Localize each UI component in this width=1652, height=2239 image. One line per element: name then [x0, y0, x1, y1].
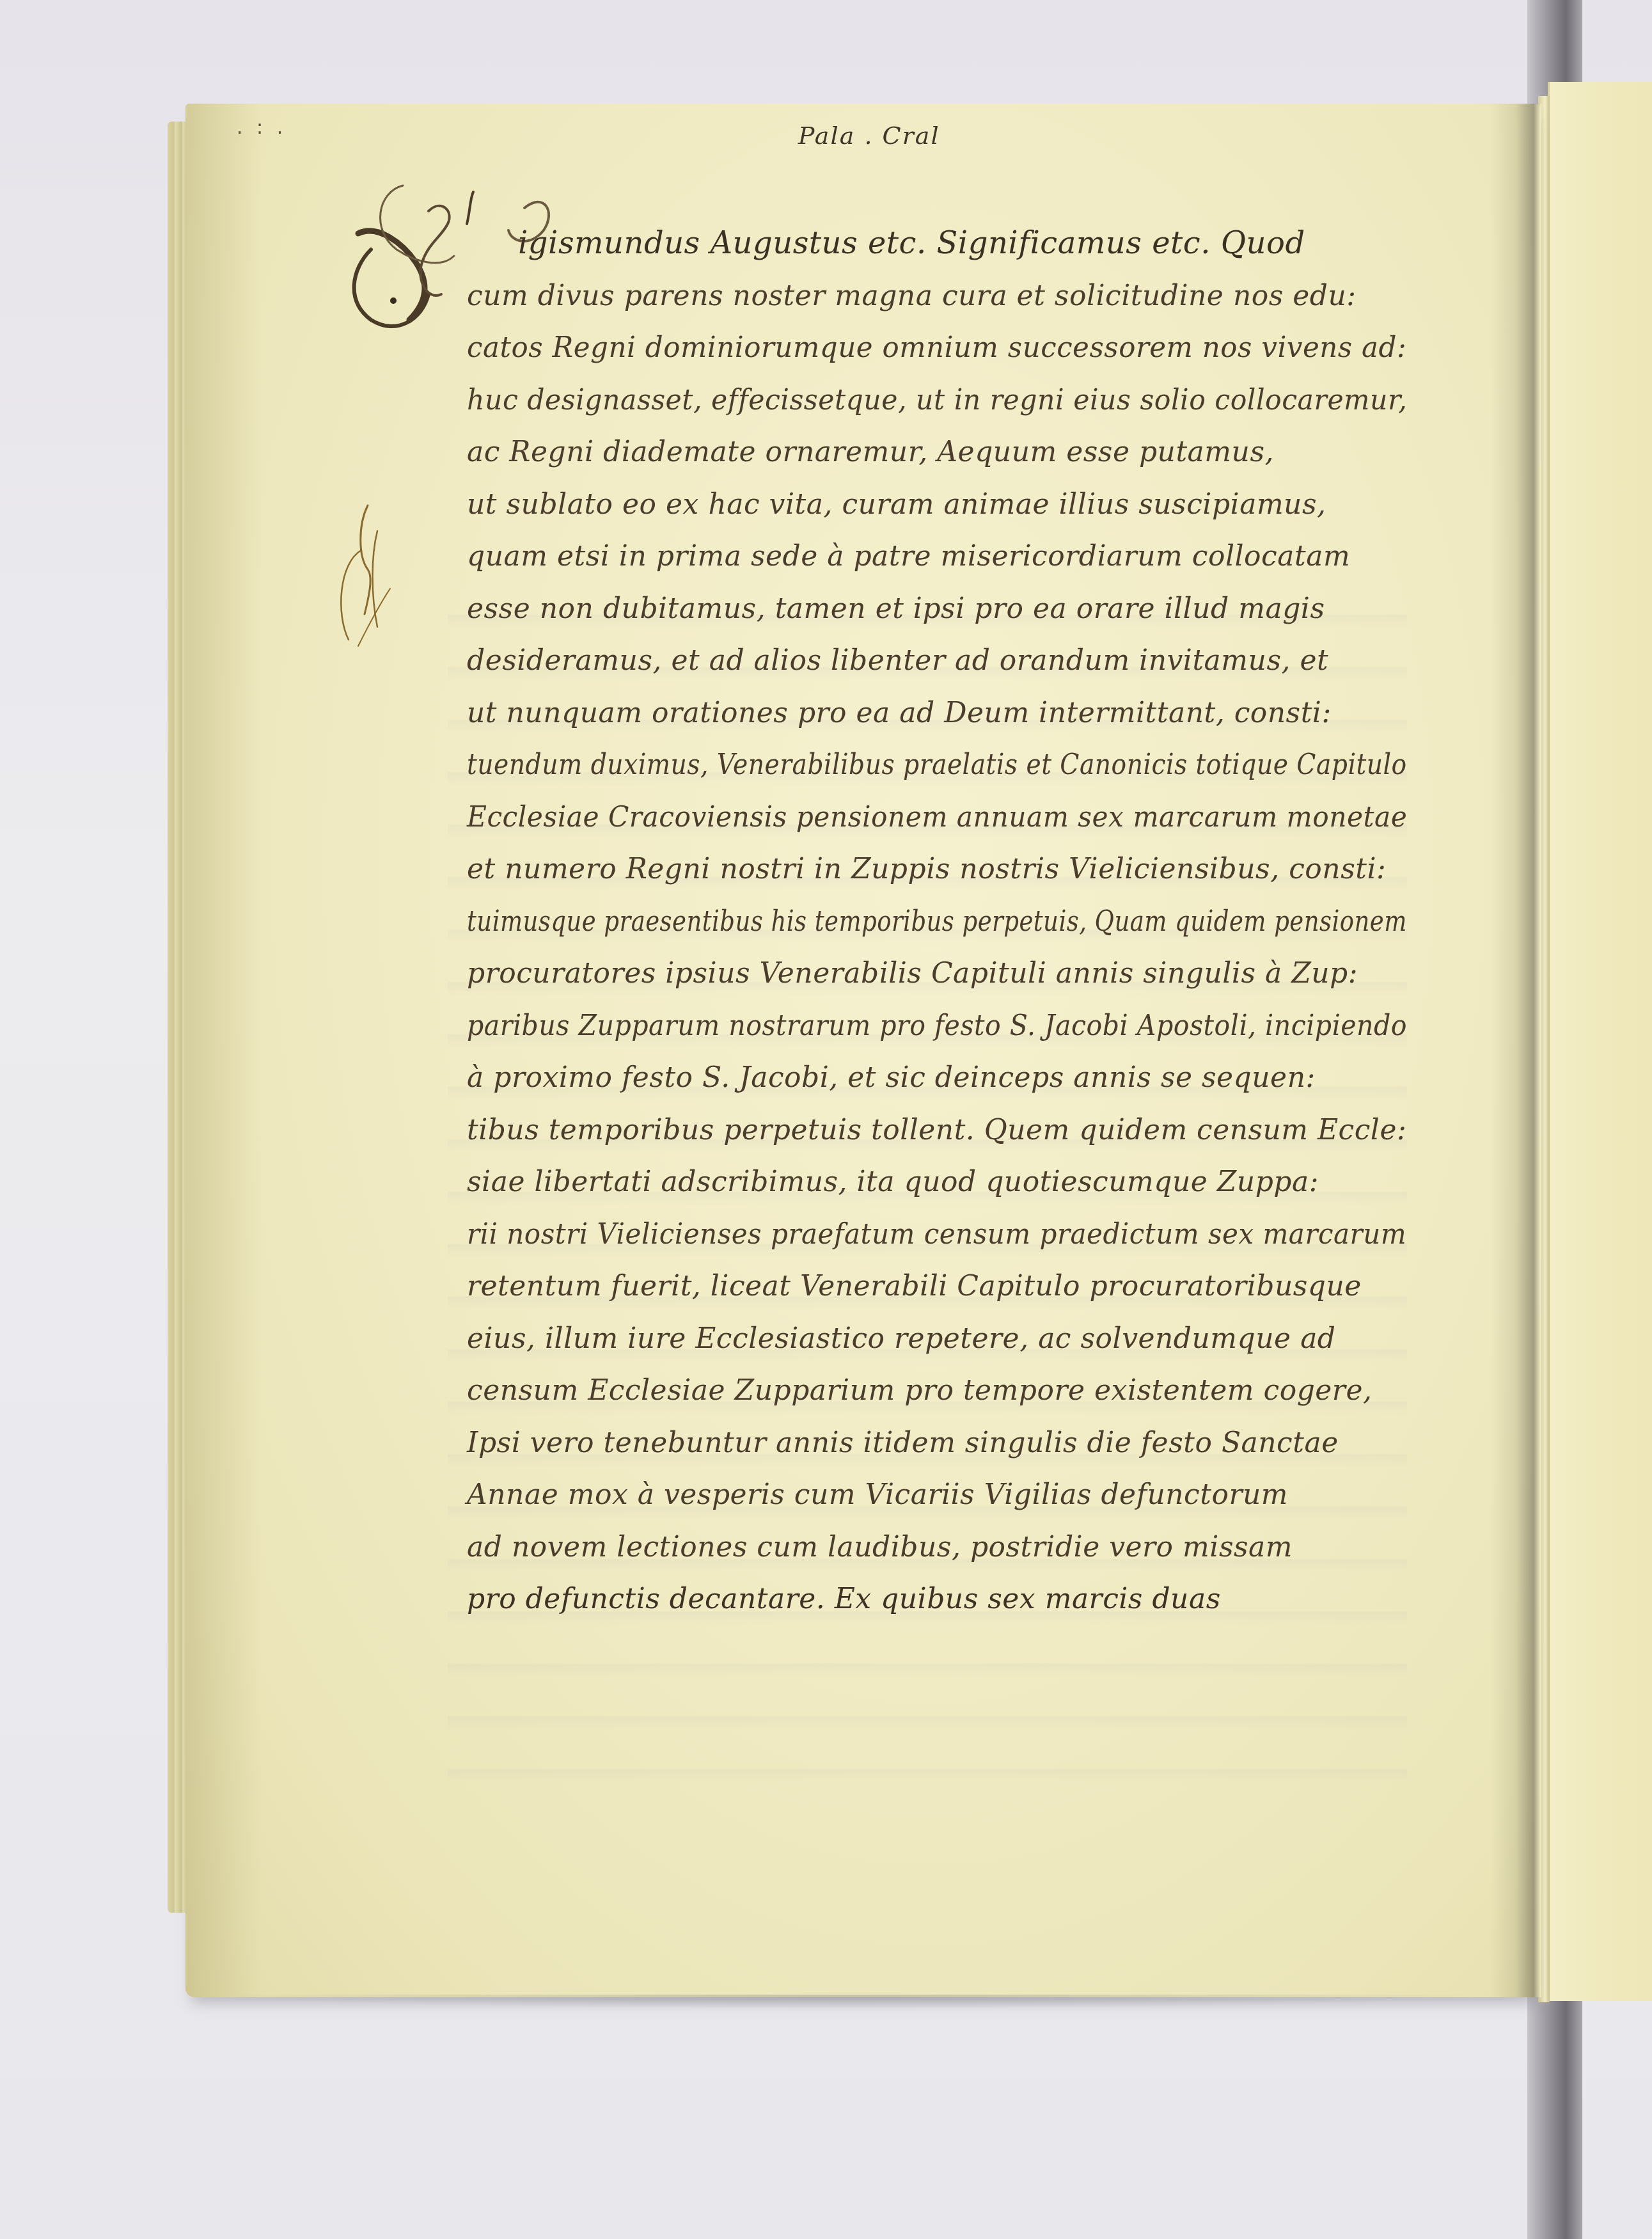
text-line: cum divus parens noster magna cura et so…	[467, 270, 1407, 322]
text-line: retentum fuerit, liceat Venerabili Capit…	[467, 1260, 1407, 1313]
manuscript-text: igismundus Augustus etc. Significamus et…	[467, 218, 1407, 1626]
text-line: Ecclesiae Cracoviensis pensionem annuam …	[467, 791, 1373, 844]
text-line: paribus Zupparum nostrarum pro festo S. …	[467, 1000, 1346, 1052]
text-line: tibus temporibus perpetuis tollent. Quem…	[467, 1104, 1406, 1157]
text-line: procuratores ipsius Venerabilis Capituli…	[467, 947, 1407, 1000]
text-line: huc designasset, effecissetque, ut in re…	[467, 374, 1378, 427]
text-line: siae libertati adscribimus, ita quod quo…	[467, 1156, 1407, 1208]
text-line: esse non dubitamus, tamen et ipsi pro ea…	[467, 583, 1407, 635]
margin-stain	[185, 104, 262, 1997]
text-line: ut sublato eo ex hac vita, curam animae …	[467, 479, 1407, 531]
text-line: ad novem lectiones cum laudibus, postrid…	[467, 1521, 1407, 1574]
text-line: censum Ecclesiae Zupparium pro tempore e…	[467, 1365, 1407, 1417]
gutter-fold	[1490, 104, 1541, 1997]
adjacent-page	[1548, 82, 1652, 2001]
text-line: à proximo festo S. Jacobi, et sic deince…	[467, 1052, 1407, 1104]
folio-title: Pala . Cral	[798, 122, 940, 150]
text-line: catos Regni dominiorumque omnium success…	[467, 322, 1399, 374]
text-line: pro defunctis decantare. Ex quibus sex m…	[467, 1573, 1407, 1626]
text-line: tuendum duximus, Venerabilibus praelatis…	[467, 739, 1307, 791]
text-line: desideramus, et ad alios libenter ad ora…	[467, 635, 1407, 687]
text-line: ut nunquam orationes pro ea ad Deum inte…	[467, 687, 1407, 740]
text-line: eius, illum iure Ecclesiastico repetere,…	[467, 1313, 1407, 1365]
text-line: quam etsi in prima sede à patre miserico…	[467, 530, 1407, 583]
ink-specks: . : .	[237, 115, 287, 141]
text-line: Annae mox à vesperis cum Vicariis Vigili…	[467, 1469, 1407, 1521]
text-line: tuimusque praesentibus his temporibus pe…	[467, 896, 1259, 948]
text-line: et numero Regni nostri in Zuppis nostris…	[467, 843, 1407, 896]
text-line: Ipsi vero tenebuntur annis itidem singul…	[467, 1417, 1407, 1469]
text-line: igismundus Augustus etc. Significamus et…	[518, 218, 1407, 270]
text-line: ac Regni diademate ornaremur, Aequum ess…	[467, 426, 1407, 479]
marginal-notation-icon	[333, 486, 403, 653]
text-line: rii nostri Vielicienses praefatum censum…	[467, 1208, 1365, 1261]
